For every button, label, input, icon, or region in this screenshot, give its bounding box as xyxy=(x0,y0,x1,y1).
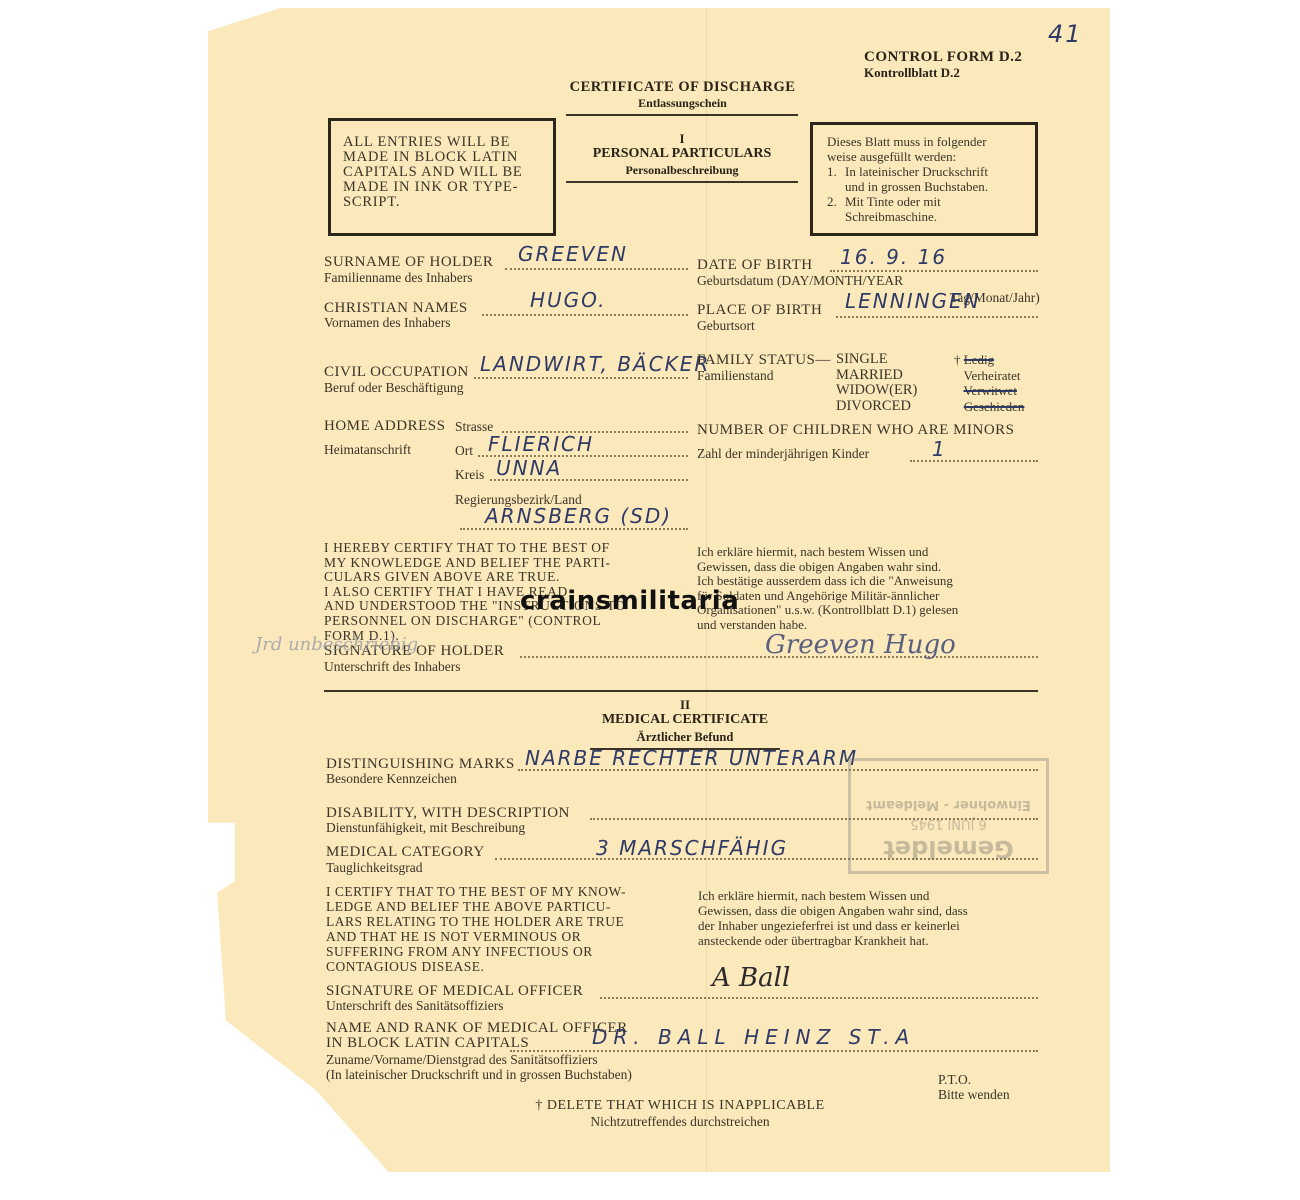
surname-label-de: Familienname des Inhabers xyxy=(324,270,472,286)
home-address-label-de: Heimatanschrift xyxy=(324,442,411,458)
text-line: CAPITALS AND WILL BE xyxy=(343,165,553,180)
text-line: Gewissen, dass die obigen Angaben wahr s… xyxy=(698,903,1040,918)
text-line: SCRIPT. xyxy=(343,195,553,210)
watermark: crainsmilitaria xyxy=(520,586,739,616)
occupation-field[interactable]: LANDWIRT, BÄCKER xyxy=(480,352,710,376)
disability-label-de: Dienstunfähigkeit, mit Beschreibung xyxy=(326,820,525,836)
text-line: LEDGE AND BELIEF THE ABOVE PARTICU- xyxy=(326,899,670,914)
text-line: der Inhaber ungezieferfrei ist und dass … xyxy=(698,918,1040,933)
text-line: SUFFERING FROM ANY INFECTIOUS OR xyxy=(326,944,670,959)
section1-number: I xyxy=(566,131,798,147)
text-line: I HEREBY CERTIFY THAT TO THE BEST OF xyxy=(324,541,670,556)
document-title-de: Entlassungschein xyxy=(560,96,805,111)
text-line: MY KNOWLEDGE AND BELIEF THE PARTI- xyxy=(324,556,670,571)
category-label: MEDICAL CATEGORY xyxy=(326,844,485,861)
marks-field[interactable]: NARBE RECHTER UNTERARM xyxy=(525,746,858,770)
children-field[interactable]: 1 xyxy=(932,437,947,461)
section1-title: PERSONAL PARTICULARS xyxy=(566,146,798,162)
christian-names-field[interactable]: HUGO. xyxy=(530,288,606,312)
holder-certification-de: Ich erkläre hiermit, nach bestem Wissen … xyxy=(697,545,1039,633)
section2-title-de: Ärztlicher Befund xyxy=(560,730,810,745)
officer-name-field[interactable]: DR. BALL HEINZ ST.A xyxy=(592,1025,915,1049)
pob-label-de: Geburtsort xyxy=(697,318,755,334)
document-title: CERTIFICATE OF DISCHARGE xyxy=(560,79,805,96)
section2-number: II xyxy=(560,697,810,713)
kreis-label: Kreis xyxy=(455,467,484,483)
text-line: für Soldaten und Angehörige Militär-ännl… xyxy=(697,589,1039,604)
surname-field[interactable]: GREEVEN xyxy=(518,242,628,266)
holder-signature[interactable]: Greeven Hugo xyxy=(765,630,956,660)
text-line: CULARS GIVEN ABOVE ARE TRUE. xyxy=(324,570,670,585)
text-line: MADE IN INK OR TYPE- xyxy=(343,180,553,195)
section2-title: MEDICAL CERTIFICATE xyxy=(560,712,810,728)
text-line: ALL ENTRIES WILL BE xyxy=(343,135,553,150)
instructions-box-en: ALL ENTRIES WILL BEMADE IN BLOCK LATINCA… xyxy=(328,118,556,236)
section1-title-de: Personalbeschreibung xyxy=(566,163,798,178)
dob-label: DATE OF BIRTH xyxy=(697,257,813,274)
bezirk-field[interactable]: ARNSBERG (SD) xyxy=(485,504,672,528)
dob-label-de: Geburtsdatum (DAY/MONTH/YEAR xyxy=(697,273,903,289)
ort-field[interactable]: FLIERICH xyxy=(488,432,594,456)
medical-signature[interactable]: A Ball xyxy=(712,963,790,993)
officer-name-label-de: Zuname/Vorname/Dienstgrad des Sanitätsof… xyxy=(326,1052,598,1068)
delete-note: † DELETE THAT WHICH IS INAPPLICABLE xyxy=(500,1098,860,1114)
text-line: Gewissen, dass die obigen Angaben wahr s… xyxy=(697,560,1039,575)
registration-stamp: Gemeldet 6 JUNI 1945 Einwohner - Meldeam… xyxy=(848,758,1049,874)
family-status-option[interactable]: WIDOW(ER) Verwitwet xyxy=(836,383,1036,399)
officer-name-label2: IN BLOCK LATIN CAPITALS xyxy=(326,1035,529,1052)
text-line: Ich erkläre hiermit, nach bestem Wissen … xyxy=(698,888,1040,903)
marks-label-de: Besondere Kennzeichen xyxy=(326,771,457,787)
dob-field[interactable]: 16. 9. 16 xyxy=(840,245,947,269)
text-line: CONTAGIOUS DISEASE. xyxy=(326,959,670,974)
instructions-box-de: Dieses Blatt muss in folgenderweise ausg… xyxy=(810,122,1038,236)
faint-pencil-note: Jrd unbeschriebig xyxy=(255,634,418,655)
kreis-field[interactable]: UNNA xyxy=(496,456,562,480)
surname-label: SURNAME OF HOLDER xyxy=(324,254,493,271)
text-line: ansteckende oder übertragbar Krankheit h… xyxy=(698,933,1040,948)
text-line: Organisationen" u.s.w. (Kontrollblatt D.… xyxy=(697,603,1039,618)
family-status-option[interactable]: SINGLE† Ledig xyxy=(836,352,1036,368)
text-line: I CERTIFY THAT TO THE BEST OF MY KNOW- xyxy=(326,884,670,899)
medical-certification-de: Ich erkläre hiermit, nach bestem Wissen … xyxy=(698,888,1040,948)
family-status-option[interactable]: MARRIED Verheiratet xyxy=(836,368,1036,384)
family-status-options: SINGLE† LedigMARRIED VerheiratetWIDOW(ER… xyxy=(836,352,1036,414)
page-number: 41 xyxy=(1048,20,1083,48)
medical-certification-en: I CERTIFY THAT TO THE BEST OF MY KNOW-LE… xyxy=(326,884,670,974)
family-status-label: FAMILY STATUS— xyxy=(697,352,831,369)
pob-field[interactable]: LENNINGEN xyxy=(845,289,981,313)
occupation-label-de: Beruf oder Beschäftigung xyxy=(324,380,463,396)
family-status-label-de: Familienstand xyxy=(697,368,774,384)
medical-signature-label-de: Unterschrift des Sanitätsoffiziers xyxy=(326,998,503,1014)
pob-label: PLACE OF BIRTH xyxy=(697,302,822,319)
category-field[interactable]: 3 MARSCHFÄHIG xyxy=(596,836,788,860)
delete-note-de: Nichtzutreffendes durchstreichen xyxy=(500,1114,860,1130)
ort-label: Ort xyxy=(455,443,473,459)
form-id: CONTROL FORM D.2 xyxy=(864,49,1022,66)
form-id-de: Kontrollblatt D.2 xyxy=(864,65,960,81)
text-line: LARS RELATING TO THE HOLDER ARE TRUE xyxy=(326,914,670,929)
christian-names-label-de: Vornamen des Inhabers xyxy=(324,315,450,331)
text-line: MADE IN BLOCK LATIN xyxy=(343,150,553,165)
category-label-de: Tauglichkeitsgrad xyxy=(326,860,423,876)
home-address-label: HOME ADDRESS xyxy=(324,418,445,435)
officer-name-label-de2: (In lateinischer Druckschrift und in gro… xyxy=(326,1067,632,1083)
family-status-option[interactable]: DIVORCED Geschieden xyxy=(836,399,1036,415)
pto: P.T.O. xyxy=(938,1072,971,1088)
text-line: Ich bestätige ausserdem dass ich die "An… xyxy=(697,574,1039,589)
text-line: Ich erkläre hiermit, nach bestem Wissen … xyxy=(697,545,1039,560)
children-label: NUMBER OF CHILDREN WHO ARE MINORS xyxy=(697,422,1015,439)
text-line: PERSONNEL ON DISCHARGE" (CONTROL xyxy=(324,614,670,629)
occupation-label: CIVIL OCCUPATION xyxy=(324,364,469,381)
children-label-de: Zahl der minderjährigen Kinder xyxy=(697,446,869,462)
pto-de: Bitte wenden xyxy=(938,1087,1010,1103)
holder-signature-label-de: Unterschrift des Inhabers xyxy=(324,659,460,675)
text-line: AND THAT HE IS NOT VERMINOUS OR xyxy=(326,929,670,944)
